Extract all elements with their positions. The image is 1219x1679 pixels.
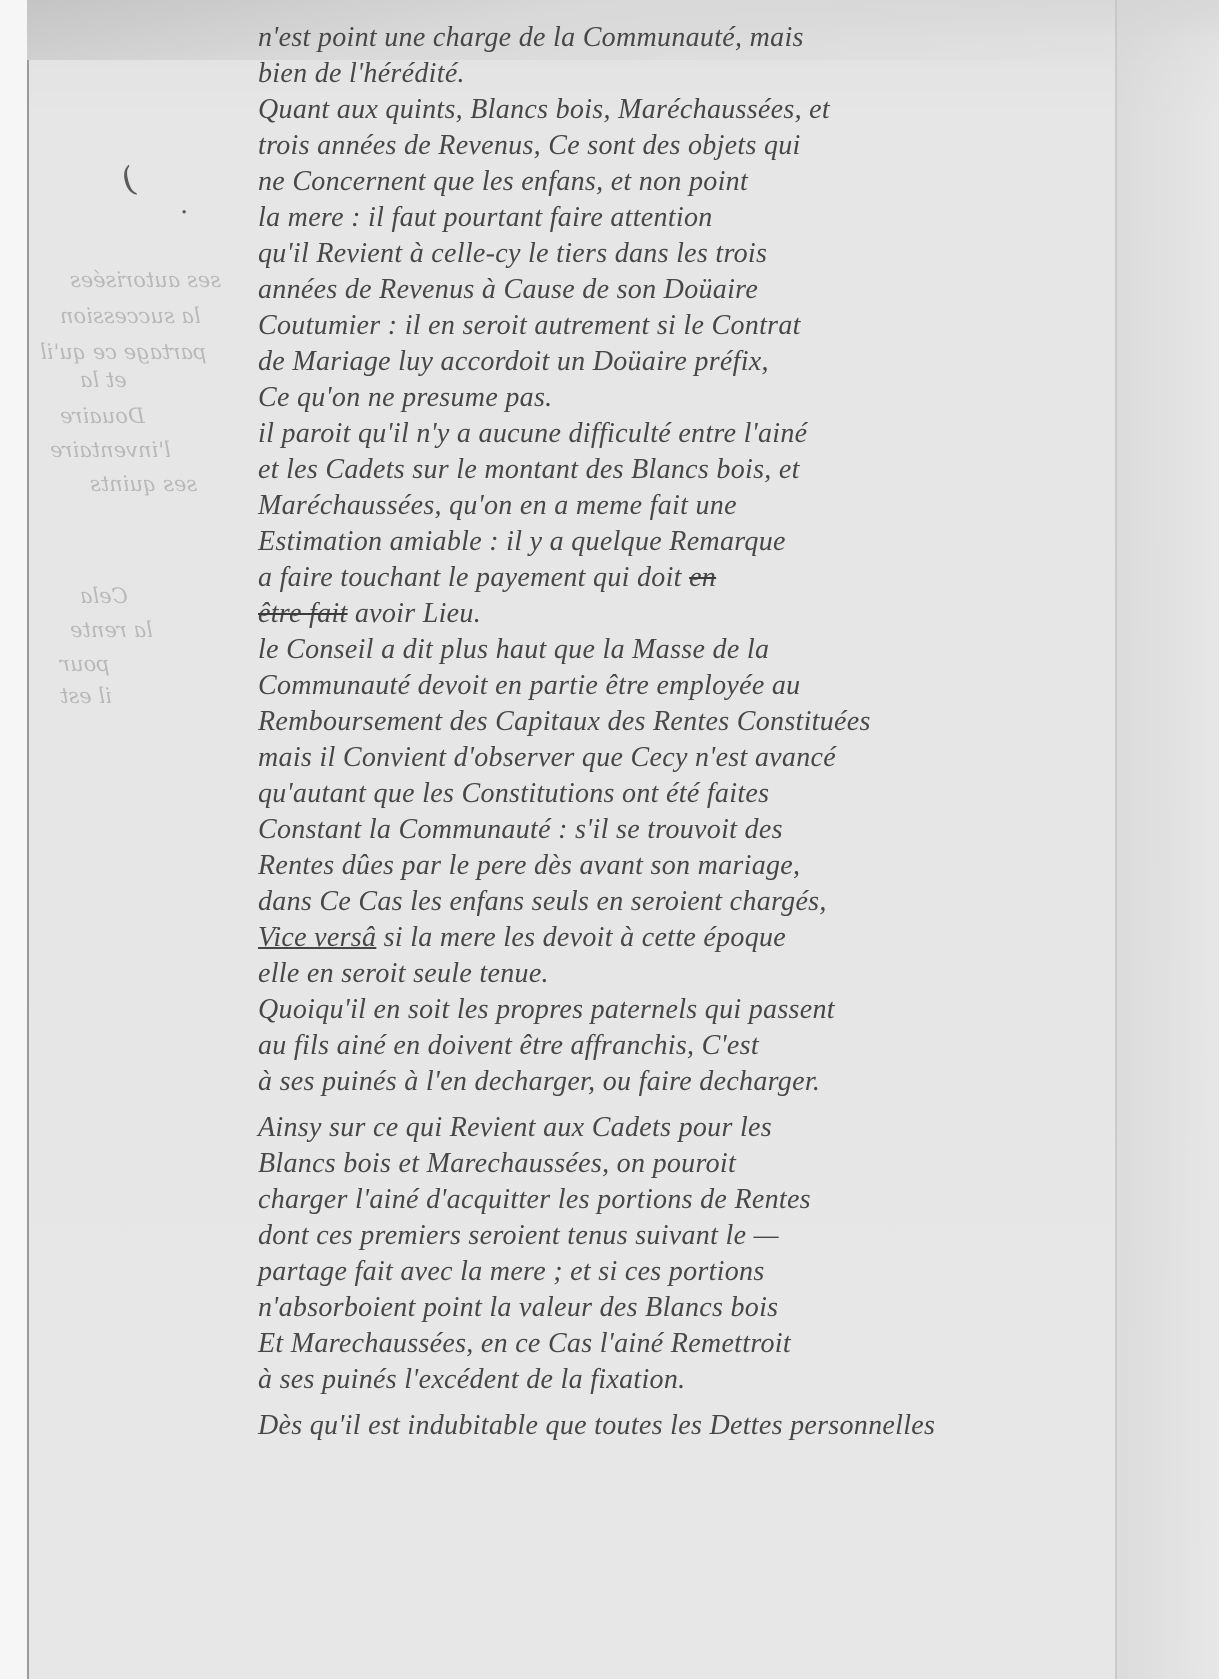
text-line: le Conseil a dit plus haut que la Masse … — [258, 632, 1118, 668]
scan-edge-strip — [0, 0, 27, 1679]
margin-ink-dot: . — [180, 190, 188, 220]
text-line: Estimation amiable : il y a quelque Rema… — [258, 524, 1118, 560]
text-line: Constant la Communauté : s'il se trouvoi… — [258, 812, 1118, 848]
bleed-through-text: l'inventaire — [50, 432, 171, 468]
text-line: elle en seroit seule tenue. — [258, 956, 1118, 992]
text-line: ne Concernent que les enfans, et non poi… — [258, 164, 1118, 200]
text-line: a faire touchant le payement qui doit en — [258, 560, 1118, 596]
text-segment: a faire touchant le payement qui doit — [258, 562, 689, 593]
text-line: Ainsy sur ce qui Revient aux Cadets pour… — [258, 1110, 1118, 1146]
text-line: dont ces premiers seroient tenus suivant… — [258, 1218, 1118, 1254]
struck-through-word: être fait — [258, 598, 348, 629]
text-line: dans Ce Cas les enfans seuls en seroient… — [258, 884, 1118, 920]
bleed-through-text: la succession — [60, 298, 201, 334]
bleed-through-text: et la — [80, 362, 127, 398]
text-line: Remboursement des Capitaux des Rentes Co… — [258, 704, 1118, 740]
text-line: Maréchaussées, qu'on en a meme fait une — [258, 488, 1118, 524]
bleed-through-text: ses autorisées — [70, 262, 221, 298]
text-line: Quant aux quints, Blancs bois, Maréchaus… — [258, 92, 1118, 128]
text-line: de Mariage luy accordoit un Doüaire préf… — [258, 344, 1118, 380]
text-line: trois années de Revenus, Ce sont des obj… — [258, 128, 1118, 164]
text-line: partage fait avec la mere ; et si ces po… — [258, 1254, 1118, 1290]
bleed-through-text: la rente — [70, 612, 153, 648]
text-line: n'est point une charge de la Communauté,… — [258, 20, 1118, 56]
page-fold-shade — [1117, 0, 1219, 1679]
underlined-phrase: Vice versâ — [258, 922, 376, 953]
bleed-through-text: Cela — [80, 578, 128, 614]
text-line: Et Marechaussées, en ce Cas l'ainé Remet… — [258, 1326, 1118, 1362]
text-line: Dès qu'il est indubitable que toutes les… — [258, 1408, 1118, 1444]
bleed-through-text: ses quints — [90, 466, 197, 502]
bleed-through-text: il est — [60, 678, 112, 714]
text-line: Blancs bois et Marechaussées, on pouroit — [258, 1146, 1118, 1182]
text-line: qu'il Revient à celle-cy le tiers dans l… — [258, 236, 1118, 272]
text-line: à ses puinés à l'en decharger, ou faire … — [258, 1064, 1118, 1100]
text-line: Quoiqu'il en soit les propres paternels … — [258, 992, 1118, 1028]
text-line: charger l'ainé d'acquitter les portions … — [258, 1182, 1118, 1218]
text-line: Communauté devoit en partie être employé… — [258, 668, 1118, 704]
text-line: n'absorboient point la valeur des Blancs… — [258, 1290, 1118, 1326]
struck-through-word: en — [689, 562, 716, 593]
text-line: mais il Convient d'observer que Cecy n'e… — [258, 740, 1118, 776]
bleed-through-text: pour — [60, 646, 110, 682]
text-line: années de Revenus à Cause de son Doüaire — [258, 272, 1118, 308]
text-line: et les Cadets sur le montant des Blancs … — [258, 452, 1118, 488]
text-line: Ce qu'on ne presume pas. — [258, 380, 1118, 416]
text-line: bien de l'hérédité. — [258, 56, 1118, 92]
text-segment: si la mere les devoit à cette époque — [376, 922, 786, 953]
text-line: qu'autant que les Constitutions ont été … — [258, 776, 1118, 812]
text-line: il paroit qu'il n'y a aucune difficulté … — [258, 416, 1118, 452]
text-line: la mere : il faut pourtant faire attenti… — [258, 200, 1118, 236]
text-line: à ses puinés l'excédent de la fixation. — [258, 1362, 1118, 1398]
text-line: Vice versâ si la mere les devoit à cette… — [258, 920, 1118, 956]
text-line: être fait avoir Lieu. — [258, 596, 1118, 632]
bleed-through-text: Douaire — [60, 398, 145, 434]
text-line: au fils ainé en doivent être affranchis,… — [258, 1028, 1118, 1064]
manuscript-text: n'est point une charge de la Communauté,… — [258, 20, 1118, 1444]
text-line: Rentes dûes par le pere dès avant son ma… — [258, 848, 1118, 884]
text-segment: avoir Lieu. — [348, 598, 481, 629]
text-line: Coutumier : il en seroit autrement si le… — [258, 308, 1118, 344]
